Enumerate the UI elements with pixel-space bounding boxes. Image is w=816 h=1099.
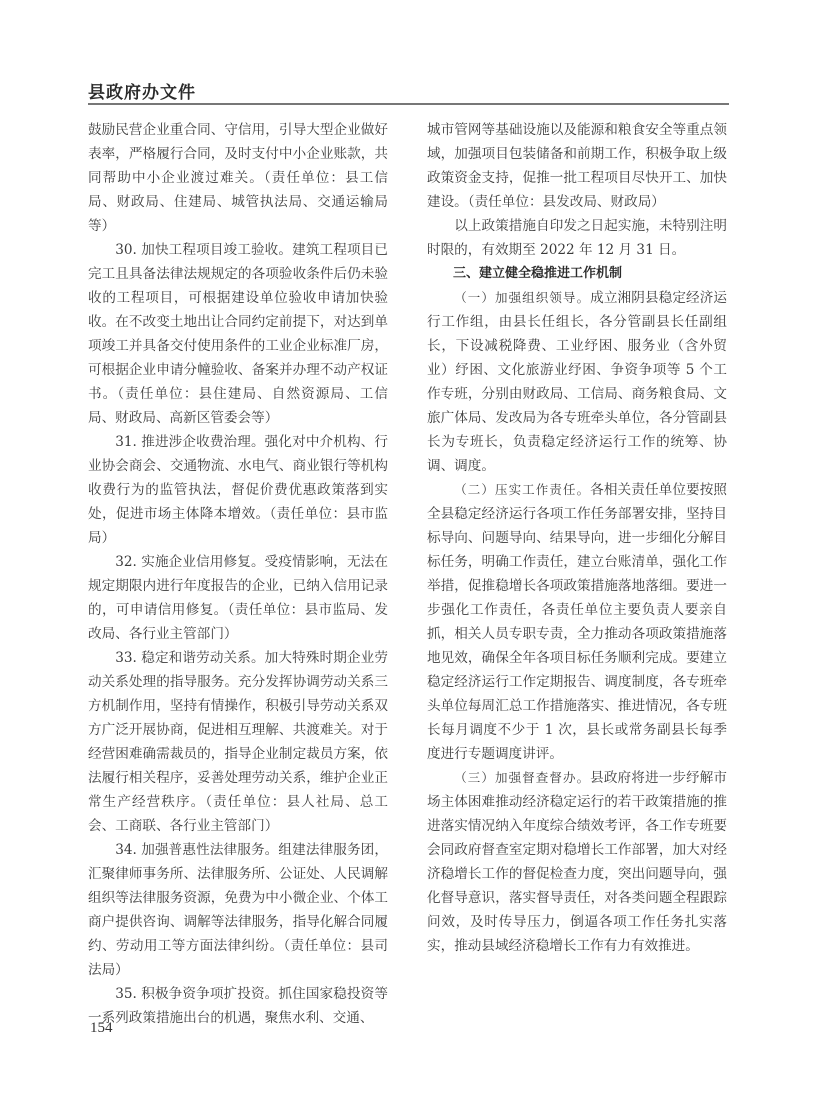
item-30: 30. 加快工程项目竣工验收。建筑工程项目已完工且具备法律法规规定的各项验收条件…	[88, 238, 388, 430]
sub-section-3: （三）加强督查督办。县政府将进一步纾解市场主体困难推动经济稳定运行的若干政策措施…	[427, 766, 727, 958]
effective-date-paragraph: 以上政策措施自印发之日起实施，未特别注明时限的，有效期至 2022 年 12 月…	[427, 214, 727, 262]
item-32: 32. 实施企业信用修复。受疫情影响，无法在规定期限内进行年度报告的企业，已纳入…	[88, 550, 388, 646]
right-column: 城市管网等基础设施以及能源和粮食安全等重点领域，加强项目包装储备和前期工作，积极…	[427, 118, 727, 958]
sub-section-text: 各相关责任单位要按照全县稳定经济运行各项工作任务部署安排，坚持目标导向、问题导向…	[427, 482, 727, 762]
item-35: 35. 积极争资争项扩投资。抓住国家稳投资等一系列政策措施出台的机遇，聚焦水利、…	[88, 982, 388, 1030]
item-33: 33. 稳定和谐劳动关系。加大特殊时期企业劳动关系处理的指导服务。充分发挥协调劳…	[88, 646, 388, 838]
sub-section-1: （一）加强组织领导。成立湘阴县稳定经济运行工作组，由县长任组长，各分管副县长任副…	[427, 286, 727, 478]
left-column: 鼓励民营企业重合同、守信用，引导大型企业做好表率，严格履行合同，及时支付中小企业…	[88, 118, 388, 1030]
paragraph-continued: 城市管网等基础设施以及能源和粮食安全等重点领域，加强项目包装储备和前期工作，积极…	[427, 118, 727, 214]
page-number: 154	[90, 1020, 113, 1037]
header-divider	[88, 103, 729, 105]
section-heading: 三、建立健全稳推进工作机制	[427, 262, 727, 286]
sub-section-label: （一）加强组织领导。	[454, 290, 590, 305]
sub-section-text: 县政府将进一步纾解市场主体困难推动经济稳定运行的若干政策措施的推进落实情况纳入年…	[427, 770, 727, 954]
sub-section-2: （二）压实工作责任。各相关责任单位要按照全县稳定经济运行各项工作任务部署安排，坚…	[427, 478, 727, 766]
header-title: 县政府办文件	[88, 78, 196, 103]
item-34: 34. 加强普惠性法律服务。组建法律服务团，汇聚律师事务所、法律服务所、公证处、…	[88, 838, 388, 982]
sub-section-text: 成立湘阴县稳定经济运行工作组，由县长任组长，各分管副县长任副组长，下设减税降费、…	[427, 290, 727, 474]
item-31: 31. 推进涉企收费治理。强化对中介机构、行业协会商会、交通物流、水电气、商业银…	[88, 430, 388, 550]
paragraph-continued: 鼓励民营企业重合同、守信用，引导大型企业做好表率，严格履行合同，及时支付中小企业…	[88, 118, 388, 238]
sub-section-label: （二）压实工作责任。	[454, 482, 590, 497]
sub-section-label: （三）加强督查督办。	[454, 770, 590, 785]
